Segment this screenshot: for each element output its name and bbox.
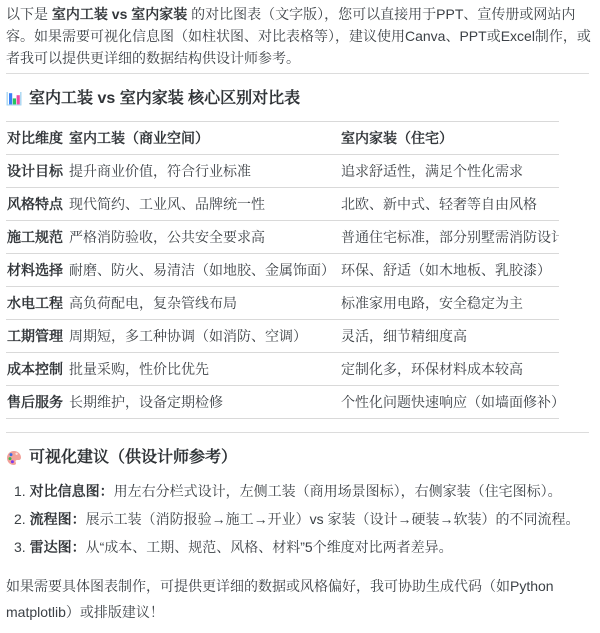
header-dimension: 对比维度 — [6, 122, 68, 155]
header-residential: 室内家装（住宅） — [340, 122, 559, 155]
intro-text-prefix: 以下是 — [6, 6, 52, 22]
row-value-cell: 周期短，多工种协调（如消防、空调） — [68, 320, 340, 353]
row-dimension-cell: 风格特点 — [6, 188, 68, 221]
comparison-table: 对比维度 室内工装（商业空间） 室内家装（住宅） 设计目标提升商业价值，符合行业… — [6, 121, 559, 419]
comparison-table-body: 设计目标提升商业价值，符合行业标准追求舒适性，满足个性化需求风格特点现代简约、工… — [6, 155, 559, 419]
suggestion-number: 1. — [14, 483, 30, 499]
row-value-cell: 长期维护，设备定期检修 — [68, 386, 340, 419]
row-value-cell: 个性化问题快速响应（如墙面修补） — [340, 386, 559, 419]
section-divider — [6, 432, 589, 433]
bar-chart-icon — [6, 91, 22, 107]
row-dimension-cell: 水电工程 — [6, 287, 68, 320]
row-value-cell: 定制化多，环保材料成本较高 — [340, 353, 559, 386]
suggestion-item: 3. 雷达图：从“成本、工期、规范、风格、材料”5个维度对比两者差异。 — [14, 536, 591, 559]
suggestion-item: 2. 流程图：展示工装（消防报验→施工→开业）vs 家装（设计→硬装→软装）的不… — [14, 508, 591, 531]
table-row: 售后服务长期维护，设备定期检修个性化问题快速响应（如墙面修补） — [6, 386, 559, 419]
section-divider — [6, 73, 589, 74]
row-value-cell: 环保、舒适（如木地板、乳胶漆） — [340, 254, 559, 287]
row-value-cell: 耐磨、防火、易清洁（如地胶、金属饰面） — [68, 254, 340, 287]
intro-text-bold: 室内工装 vs 室内家装 — [52, 6, 187, 22]
suggestions-list: 1. 对比信息图：用左右分栏式设计，左侧工装（商用场景图标），右侧家装（住宅图标… — [6, 480, 591, 559]
suggestions-title-text: 可视化建议（供设计师参考） — [29, 447, 237, 468]
suggestion-label: 雷达图： — [30, 539, 86, 555]
row-dimension-cell: 成本控制 — [6, 353, 68, 386]
row-value-cell: 标准家用电路，安全稳定为主 — [340, 287, 559, 320]
row-value-cell: 高负荷配电，复杂管线布局 — [68, 287, 340, 320]
table-row: 施工规范严格消防验收，公共安全要求高普通住宅标准，部分别墅需消防设计 — [6, 221, 559, 254]
row-value-cell: 追求舒适性，满足个性化需求 — [340, 155, 559, 188]
row-dimension-cell: 设计目标 — [6, 155, 68, 188]
suggestion-label: 流程图： — [30, 511, 86, 527]
row-dimension-cell: 施工规范 — [6, 221, 68, 254]
suggestion-text: 用左右分栏式设计，左侧工装（商用场景图标），右侧家装（住宅图标）。 — [114, 483, 562, 499]
row-value-cell: 北欧、新中式、轻奢等自由风格 — [340, 188, 559, 221]
row-dimension-cell: 工期管理 — [6, 320, 68, 353]
suggestions-section-title: 可视化建议（供设计师参考） — [6, 447, 591, 468]
suggestion-text: 展示工装（消防报验→施工→开业）vs 家装（设计→硬装→软装）的不同流程。 — [86, 511, 580, 527]
closing-paragraph: 如果需要具体图表制作，可提供更详细的数据或风格偏好，我可协助生成代码（如Pyth… — [6, 573, 591, 625]
suggestion-number: 3. — [14, 539, 30, 555]
row-value-cell: 严格消防验收，公共安全要求高 — [68, 221, 340, 254]
intro-paragraph: 以下是 室内工装 vs 室内家装 的对比图表（文字版），您可以直接用于PPT、宣… — [6, 3, 591, 69]
palette-icon — [6, 450, 22, 466]
table-row: 水电工程高负荷配电，复杂管线布局标准家用电路，安全稳定为主 — [6, 287, 559, 320]
row-dimension-cell: 材料选择 — [6, 254, 68, 287]
table-row: 材料选择耐磨、防火、易清洁（如地胶、金属饰面）环保、舒适（如木地板、乳胶漆） — [6, 254, 559, 287]
comparison-section-title: 室内工装 vs 室内家装 核心区别对比表 — [6, 88, 591, 109]
table-row: 成本控制批量采购，性价比优先定制化多，环保材料成本较高 — [6, 353, 559, 386]
suggestion-item: 1. 对比信息图：用左右分栏式设计，左侧工装（商用场景图标），右侧家装（住宅图标… — [14, 480, 591, 503]
table-row: 风格特点现代简约、工业风、品牌统一性北欧、新中式、轻奢等自由风格 — [6, 188, 559, 221]
table-header-row: 对比维度 室内工装（商业空间） 室内家装（住宅） — [6, 122, 559, 155]
row-value-cell: 批量采购，性价比优先 — [68, 353, 340, 386]
row-value-cell: 普通住宅标准，部分别墅需消防设计 — [340, 221, 559, 254]
suggestion-label: 对比信息图： — [30, 483, 114, 499]
table-row: 设计目标提升商业价值，符合行业标准追求舒适性，满足个性化需求 — [6, 155, 559, 188]
suggestion-text: 从“成本、工期、规范、风格、材料”5个维度对比两者差异。 — [86, 539, 453, 555]
header-commercial: 室内工装（商业空间） — [68, 122, 340, 155]
table-row: 工期管理周期短，多工种协调（如消防、空调）灵活，细节精细度高 — [6, 320, 559, 353]
row-value-cell: 灵活，细节精细度高 — [340, 320, 559, 353]
row-dimension-cell: 售后服务 — [6, 386, 68, 419]
comparison-title-text: 室内工装 vs 室内家装 核心区别对比表 — [29, 88, 300, 109]
row-value-cell: 现代简约、工业风、品牌统一性 — [68, 188, 340, 221]
row-value-cell: 提升商业价值，符合行业标准 — [68, 155, 340, 188]
suggestion-number: 2. — [14, 511, 30, 527]
